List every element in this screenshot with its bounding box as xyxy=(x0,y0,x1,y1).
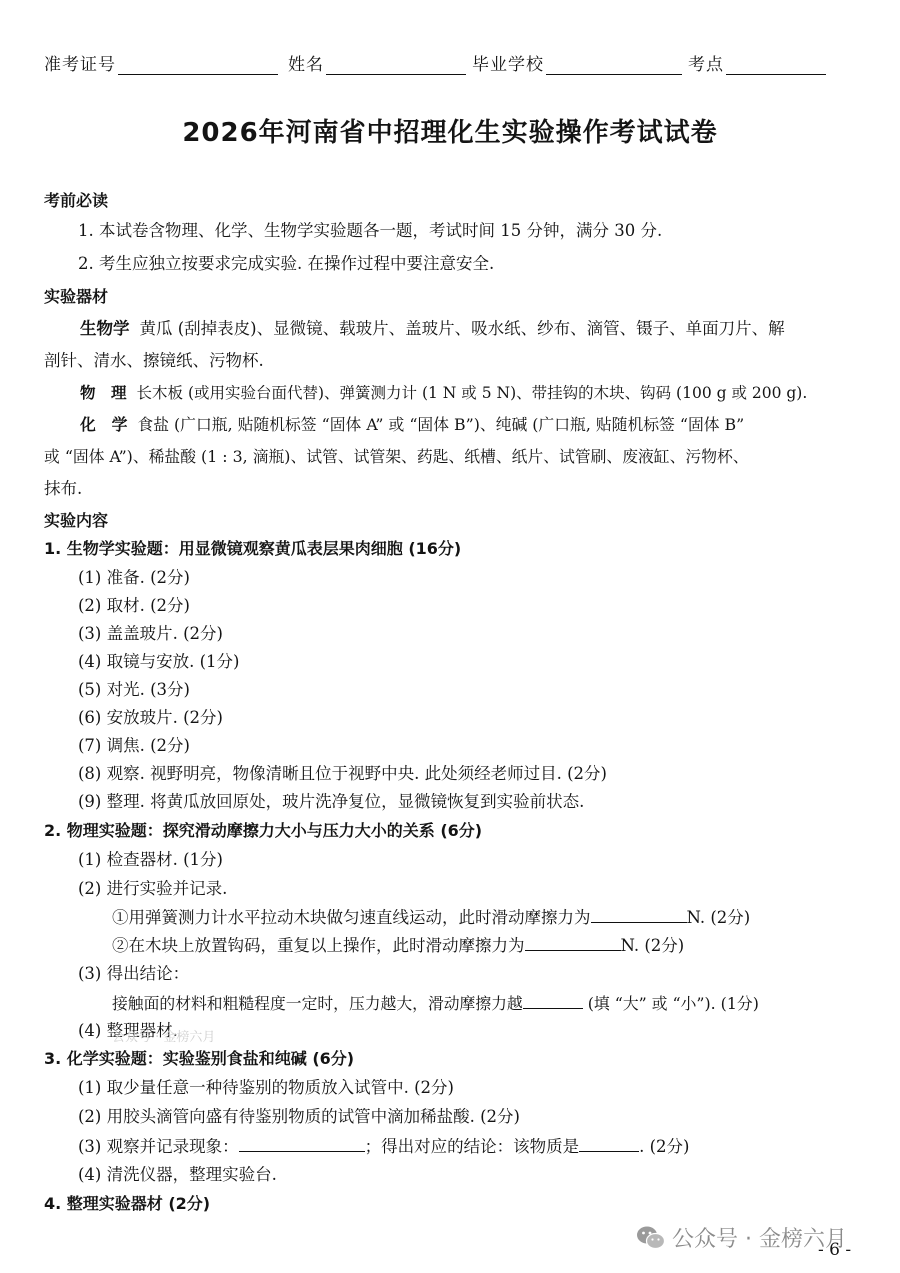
q3-step-4: (4) 清洗仪器，整理实验台. xyxy=(78,1164,277,1186)
exam-site-label: 考点 xyxy=(688,50,724,75)
q3-title: 3. 化学实验题：实验鉴别食盐和纯碱 (6分) xyxy=(44,1048,354,1070)
physics-label: 物 理 xyxy=(80,384,127,402)
q2-step-1: (1) 检查器材. (1分) xyxy=(78,849,223,871)
q3-step-3-conclusion-text: ；得出对应的结论：该物质是 xyxy=(365,1137,580,1156)
q3-step-3-text: (3) 观察并记录现象： xyxy=(78,1137,239,1156)
wechat-icon xyxy=(636,1225,666,1251)
name-blank[interactable] xyxy=(326,54,466,75)
equipment-heading: 实验器材 xyxy=(44,286,108,308)
q2-title: 2. 物理实验题：探究滑动摩擦力大小与压力大小的关系 (6分) xyxy=(44,820,482,842)
q2-step-2a: ①用弹簧测力计水平拉动木块做匀速直线运动，此时滑动摩擦力为N. (2分) xyxy=(112,906,750,929)
q2-step-2b-unit: N. (2分) xyxy=(621,936,685,955)
q1-step-9: (9) 整理. 将黄瓜放回原处，玻片洗净复位，显微镜恢复到实验前状态. xyxy=(78,791,584,813)
q2-answer-blank-3[interactable] xyxy=(523,992,583,1009)
q3-step-3-score: . (2分) xyxy=(639,1137,689,1156)
q1-title: 1. 生物学实验题：用显微镜观察黄瓜表层果肉细胞 (16分) xyxy=(44,538,461,560)
faint-watermark: 公众号 · 金榜六月 xyxy=(112,1026,215,1045)
page-number: - 6 - xyxy=(818,1240,851,1260)
biology-items-line2: 剖针、清水、擦镜纸、污物杯. xyxy=(44,350,264,372)
equipment-chemistry: 化 学食盐 (广口瓶, 贴随机标签 “固体 A” 或 “固体 B”)、纯碱 (广… xyxy=(80,414,744,436)
chemistry-items-line3: 抹布. xyxy=(44,478,82,500)
content-heading: 实验内容 xyxy=(44,510,108,532)
exam-site-blank[interactable] xyxy=(726,54,826,75)
q1-step-7: (7) 调焦. (2分) xyxy=(78,735,190,757)
q1-step-3: (3) 盖盖玻片. (2分) xyxy=(78,623,223,645)
q3-step-1: (1) 取少量任意一种待鉴别的物质放入试管中. (2分) xyxy=(78,1077,454,1099)
q1-step-1: (1) 准备. (2分) xyxy=(78,567,190,589)
q2-step-2b: ②在木块上放置钩码，重复以上操作，此时滑动摩擦力为N. (2分) xyxy=(112,934,684,957)
school-blank[interactable] xyxy=(546,54,682,75)
equipment-biology: 生物学黄瓜 (刮掉表皮)、显微镜、载玻片、盖玻片、吸水纸、纱布、滴管、镊子、单面… xyxy=(80,318,785,340)
notice-item-2: 2. 考生应独立按要求完成实验. 在操作过程中要注意安全. xyxy=(78,253,494,275)
page-title: 2026年河南省中招理化生实验操作考试试卷 xyxy=(0,112,900,149)
name-label: 姓名 xyxy=(288,50,324,75)
q2-answer-blank-1[interactable] xyxy=(591,906,687,923)
biology-label: 生物学 xyxy=(80,319,130,338)
chemistry-items-line1: 食盐 (广口瓶, 贴随机标签 “固体 A” 或 “固体 B”)、纯碱 (广口瓶,… xyxy=(137,415,744,434)
q2-step-2: (2) 进行实验并记录. xyxy=(78,878,227,900)
exam-page: 准考证号 姓名 毕业学校 考点 2026年河南省中招理化生实验操作考试试卷 考前… xyxy=(0,0,900,1273)
candidate-info-header: 准考证号 姓名 毕业学校 考点 xyxy=(44,50,852,75)
q1-step-4: (4) 取镜与安放. (1分) xyxy=(78,651,239,673)
q2-step-3: (3) 得出结论： xyxy=(78,963,189,985)
physics-items: 长木板 (或用实验台面代替)、弹簧测力计 (1 N 或 5 N)、带挂钩的木块、… xyxy=(137,384,808,402)
exam-id-blank[interactable] xyxy=(118,54,278,75)
q1-step-2: (2) 取材. (2分) xyxy=(78,595,190,617)
biology-items-line1: 黄瓜 (刮掉表皮)、显微镜、载玻片、盖玻片、吸水纸、纱布、滴管、镊子、单面刀片、… xyxy=(140,319,785,338)
q3-substance-blank[interactable] xyxy=(579,1135,639,1152)
q2-step-2a-text: ①用弹簧测力计水平拉动木块做匀速直线运动，此时滑动摩擦力为 xyxy=(112,908,591,927)
q2-conclusion: 接触面的材料和粗糙程度一定时，压力越大，滑动摩擦力越 (填 “大” 或 “小”)… xyxy=(112,992,759,1015)
q2-conclusion-text: 接触面的材料和粗糙程度一定时，压力越大，滑动摩擦力越 xyxy=(112,994,523,1013)
q1-step-6: (6) 安放玻片. (2分) xyxy=(78,707,223,729)
q3-step-2: (2) 用胶头滴管向盛有待鉴别物质的试管中滴加稀盐酸. (2分) xyxy=(78,1106,520,1128)
chemistry-label: 化 学 xyxy=(80,415,127,434)
school-label: 毕业学校 xyxy=(472,50,544,75)
notice-item-1: 1. 本试卷含物理、化学、生物学实验题各一题，考试时间 15 分钟，满分 30 … xyxy=(78,220,662,242)
exam-id-label: 准考证号 xyxy=(44,50,116,75)
q3-step-3: (3) 观察并记录现象：；得出对应的结论：该物质是. (2分) xyxy=(78,1135,690,1158)
q4-title: 4. 整理实验器材 (2分) xyxy=(44,1193,210,1215)
q1-step-8: (8) 观察. 视野明亮，物像清晰且位于视野中央. 此处须经老师过目. (2分) xyxy=(78,763,607,785)
q2-step-2b-text: ②在木块上放置钩码，重复以上操作，此时滑动摩擦力为 xyxy=(112,936,525,955)
q2-answer-blank-2[interactable] xyxy=(525,934,621,951)
q3-phenomenon-blank[interactable] xyxy=(239,1135,365,1152)
equipment-physics: 物 理长木板 (或用实验台面代替)、弹簧测力计 (1 N 或 5 N)、带挂钩的… xyxy=(80,382,807,404)
q2-conclusion-hint: (填 “大” 或 “小”). (1分) xyxy=(583,994,759,1013)
notice-heading: 考前必读 xyxy=(44,190,108,212)
chemistry-items-line2: 或 “固体 A”)、稀盐酸 (1 : 3, 滴瓶)、试管、试管架、药匙、纸槽、纸… xyxy=(44,446,749,468)
q2-step-2a-unit: N. (2分) xyxy=(687,908,751,927)
q1-step-5: (5) 对光. (3分) xyxy=(78,679,190,701)
wechat-watermark: 公众号 · 金榜六月 xyxy=(636,1222,847,1253)
